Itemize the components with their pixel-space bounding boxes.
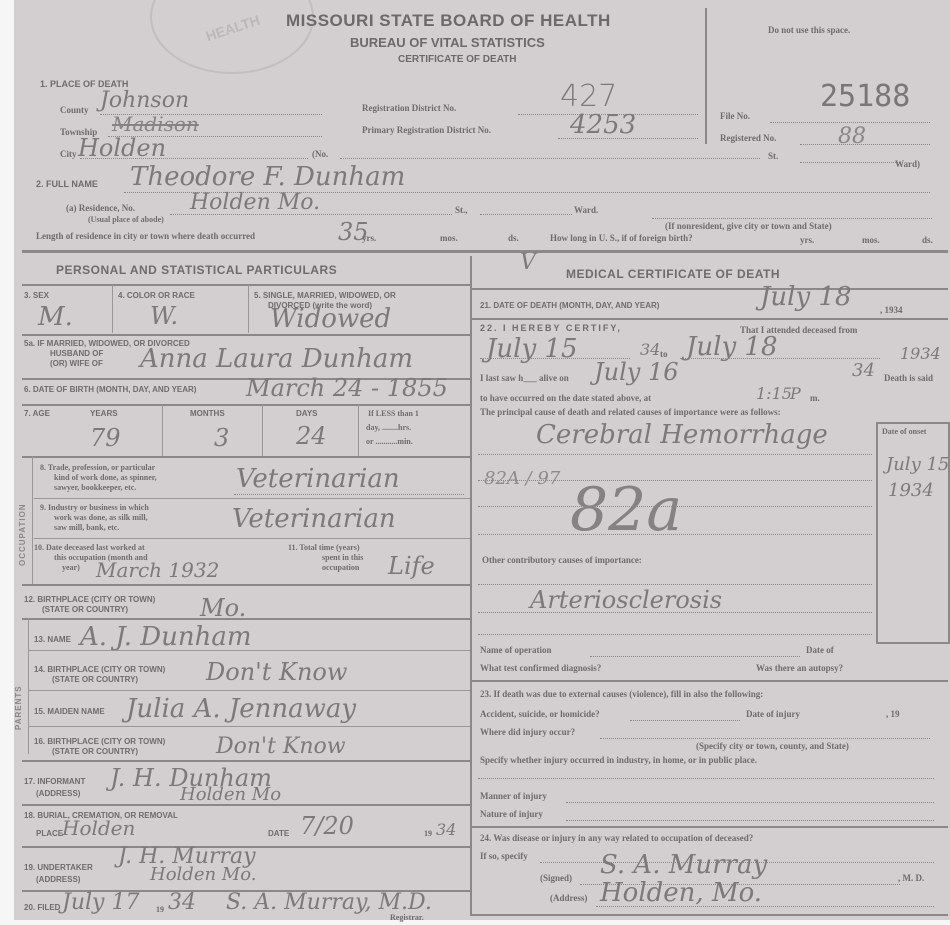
onset-date-value: July 15 bbox=[886, 456, 949, 474]
contributory-line-2 bbox=[478, 612, 872, 613]
operation-line bbox=[590, 656, 800, 657]
ds-label: ds. bbox=[508, 234, 519, 243]
autopsy-label: Was there an autopsy? bbox=[756, 664, 843, 673]
attended-to-line bbox=[680, 358, 880, 359]
registration-district-value: 427 bbox=[560, 82, 617, 112]
occupation-sidebar-label: OCCUPATION bbox=[18, 503, 27, 566]
months-value: 3 bbox=[214, 426, 229, 450]
nonresident-line bbox=[652, 218, 932, 219]
cause-of-death-value: Cerebral Hemorrhage bbox=[536, 422, 828, 448]
registered-no-label: Registered No. bbox=[720, 134, 776, 143]
father-birthplace-label-1: 14. BIRTHPLACE (CITY OR TOWN) bbox=[34, 666, 165, 674]
burial-year-value: 34 bbox=[436, 822, 456, 838]
form-title: MISSOURI STATE BOARD OF HEALTH bbox=[286, 12, 611, 29]
residence-ward-label: Ward. bbox=[574, 206, 598, 215]
total-time-label-1: 11. Total time (years) bbox=[288, 544, 360, 552]
row-divider bbox=[472, 914, 948, 916]
burial-place-label: PLACE bbox=[36, 830, 63, 838]
death-date-value: July 18 bbox=[760, 284, 852, 310]
filed-label: 20. FILED bbox=[24, 904, 60, 912]
father-name-label: 13. NAME bbox=[34, 636, 71, 644]
burial-date-value: 7/20 bbox=[300, 814, 354, 838]
injury-year-prefix: , 19 bbox=[886, 710, 900, 719]
accident-label: Accident, suicide, or homicide? bbox=[480, 710, 600, 719]
registered-number: 88 bbox=[838, 126, 866, 148]
industry-label-1: 9. Industry or business in which bbox=[40, 504, 149, 512]
address-label: (Address) bbox=[550, 894, 587, 903]
cause-line-4 bbox=[478, 534, 872, 535]
manner-label: Manner of injury bbox=[480, 792, 547, 801]
where-injury-line bbox=[600, 738, 930, 739]
registrar-label: Registrar. bbox=[390, 914, 424, 922]
occupation-related-label: 24. Was disease or injury in any way rel… bbox=[480, 834, 753, 843]
st-label: St. bbox=[768, 152, 778, 161]
city-line bbox=[80, 158, 308, 159]
row-divider bbox=[22, 284, 470, 286]
trade-label-3: sawyer, bookkeeper, etc. bbox=[54, 484, 136, 492]
external-causes-label: 23. If death was due to external causes … bbox=[480, 690, 763, 699]
nonresident-note: (If nonresident, give city or town and S… bbox=[665, 222, 832, 231]
min-label: or ...........min. bbox=[366, 438, 413, 446]
days-label: DAYS bbox=[296, 410, 318, 418]
occurred-label: to have occurred on the date stated abov… bbox=[480, 394, 651, 403]
contributory-value: Arteriosclerosis bbox=[530, 588, 722, 612]
informant-address-value: Holden Mo bbox=[180, 786, 281, 804]
length-residence-label: Length of residence in city or town wher… bbox=[36, 232, 255, 241]
yrs-label: yrs. bbox=[362, 234, 376, 243]
months-label: MONTHS bbox=[190, 410, 225, 418]
row-divider bbox=[28, 726, 470, 727]
test-label: What test confirmed diagnosis? bbox=[480, 664, 601, 673]
ward-label: Ward) bbox=[895, 160, 920, 169]
where-injury-label: Where did injury occur? bbox=[480, 728, 575, 737]
row-divider bbox=[472, 318, 948, 320]
row-divider bbox=[22, 456, 470, 458]
total-time-label-3: occupation bbox=[322, 564, 359, 572]
am-pm-value: P bbox=[790, 386, 801, 402]
less-than-day-label: If LESS than 1 bbox=[368, 410, 419, 418]
col-divider bbox=[248, 285, 249, 333]
cause-line-1 bbox=[478, 454, 872, 455]
county-label: County bbox=[60, 106, 89, 115]
filed-year-prefix: 19 bbox=[156, 906, 164, 914]
trade-value: Veterinarian bbox=[236, 466, 400, 492]
row-divider bbox=[22, 334, 470, 336]
birthplace-label-1: 12. BIRTHPLACE (CITY OR TOWN) bbox=[24, 596, 155, 604]
last-worked-label-3: year) bbox=[62, 564, 80, 572]
certify-label: 22. I HEREBY CERTIFY, bbox=[480, 324, 622, 333]
specify-city-note: (Specify city or town, county, and State… bbox=[696, 742, 849, 751]
nature-line bbox=[566, 820, 934, 821]
sidebar-divider bbox=[32, 456, 33, 586]
row-divider bbox=[22, 618, 470, 620]
mother-maiden-value: Julia A. Jennaway bbox=[126, 696, 356, 722]
county-value: Johnson bbox=[100, 90, 189, 112]
row-divider bbox=[28, 650, 470, 651]
dob-value: March 24 - 1855 bbox=[246, 376, 448, 400]
last-saw-label: I last saw h___ alive on bbox=[480, 374, 569, 383]
undertaker-label: 19. UNDERTAKER bbox=[24, 864, 93, 872]
col-divider bbox=[262, 405, 263, 457]
street-line bbox=[340, 158, 760, 159]
m-label: m. bbox=[810, 394, 820, 403]
col-divider bbox=[112, 285, 113, 333]
race-label: 4. COLOR OR RACE bbox=[118, 292, 195, 300]
birthplace-value: Mo. bbox=[200, 596, 246, 620]
time-of-death: 1:15 bbox=[756, 386, 792, 402]
mother-maiden-label: 15. MAIDEN NAME bbox=[34, 708, 105, 716]
spouse-label-2: HUSBAND OF bbox=[50, 350, 103, 358]
residence-st-label: St., bbox=[455, 206, 468, 215]
last-worked-value: March 1932 bbox=[96, 560, 219, 580]
death-said-label: Death is said bbox=[884, 374, 933, 383]
father-birthplace-value: Don't Know bbox=[206, 660, 347, 684]
foreign-ds-label: ds. bbox=[922, 236, 933, 245]
header-divider bbox=[22, 250, 948, 253]
operation-date-label: Date of bbox=[806, 646, 834, 655]
col-divider bbox=[358, 405, 359, 457]
if-so-label: If so, specify bbox=[480, 852, 528, 861]
death-date-label: 21. DATE OF DEATH (MONTH, DAY, AND YEAR) bbox=[480, 302, 659, 310]
form-name: CERTIFICATE OF DEATH bbox=[398, 55, 517, 65]
contributory-line-3 bbox=[478, 634, 872, 635]
col-divider bbox=[162, 405, 163, 457]
residence-value: Holden Mo. bbox=[190, 192, 320, 214]
residence-label: (a) Residence, No. bbox=[66, 204, 135, 213]
race-value: W. bbox=[150, 304, 178, 328]
address-line bbox=[596, 906, 934, 907]
file-no-line bbox=[770, 122, 930, 123]
last-worked-label-1: 10. Date deceased last worked at bbox=[34, 544, 145, 552]
nature-label: Nature of injury bbox=[480, 810, 543, 819]
hrs-label: day, ........hrs. bbox=[366, 424, 411, 432]
days-value: 24 bbox=[296, 424, 327, 448]
registrar-signature: S. A. Murray, M.D. bbox=[226, 892, 432, 914]
onset-year-value: 1934 bbox=[888, 482, 934, 500]
specify-place-line bbox=[478, 778, 934, 779]
parents-sidebar-label: PARENTS bbox=[14, 685, 23, 730]
row-divider bbox=[472, 288, 948, 290]
row-divider bbox=[22, 760, 470, 762]
father-birthplace-label-2: (STATE OR COUNTRY) bbox=[52, 676, 138, 684]
undertaker-address-label: (ADDRESS) bbox=[36, 876, 80, 884]
attended-from-year: 34 bbox=[640, 342, 660, 358]
trade-line bbox=[234, 494, 464, 495]
accident-line bbox=[630, 720, 740, 721]
registration-district-label: Registration District No. bbox=[362, 104, 456, 113]
attended-to-value: July 18 bbox=[686, 334, 778, 360]
trade-label-1: 8. Trade, profession, or particular bbox=[40, 464, 155, 472]
total-time-value: Life bbox=[388, 554, 435, 578]
full-name-value: Theodore F. Dunham bbox=[130, 164, 405, 190]
physician-signature: S. A. Murray bbox=[600, 852, 767, 878]
total-time-label-2: spent in this bbox=[322, 554, 363, 562]
row-divider bbox=[34, 498, 470, 499]
sex-value: M. bbox=[38, 304, 73, 330]
death-year-value: , 1934 bbox=[880, 306, 903, 315]
mother-birthplace-label-2: (STATE OR COUNTRY) bbox=[52, 748, 138, 756]
burial-place-value: Holden bbox=[62, 818, 135, 838]
filed-year-value: 34 bbox=[168, 892, 196, 914]
manner-line bbox=[566, 802, 934, 803]
trade-label-2: kind of work done, as spinner, bbox=[54, 474, 157, 482]
spouse-value: Anna Laura Dunham bbox=[140, 346, 413, 372]
informant-address-label: (ADDRESS) bbox=[36, 790, 80, 798]
undertaker-address-value: Holden Mo. bbox=[150, 866, 256, 884]
full-name-label: 2. FULL NAME bbox=[36, 180, 98, 189]
last-saw-value: July 16 bbox=[594, 360, 678, 384]
burial-date-label: DATE bbox=[268, 830, 289, 838]
row-divider bbox=[22, 584, 470, 586]
contributory-label: Other contributory causes of importance: bbox=[482, 556, 642, 565]
mother-birthplace-label-1: 16. BIRTHPLACE (CITY OR TOWN) bbox=[34, 738, 165, 746]
city-label: City bbox=[60, 150, 77, 159]
township-value: Madison bbox=[112, 114, 199, 134]
onset-header: Date of onset bbox=[882, 428, 926, 436]
row-divider bbox=[472, 826, 948, 828]
foreign-mos-label: mos. bbox=[862, 236, 880, 245]
margin-code: 82A / 97 bbox=[484, 470, 560, 488]
informant-label: 17. INFORMANT bbox=[24, 778, 85, 786]
no-label: (No. bbox=[312, 150, 328, 159]
row-divider bbox=[472, 680, 948, 682]
operation-label: Name of operation bbox=[480, 646, 552, 655]
residence-sublabel: (Usual place of abode) bbox=[88, 216, 164, 224]
city-value: Holden bbox=[78, 136, 166, 160]
years-label: YEARS bbox=[90, 410, 118, 418]
row-divider bbox=[22, 804, 470, 806]
last-saw-year: 34 bbox=[852, 362, 875, 380]
signed-label: (Signed) bbox=[540, 874, 572, 883]
injury-date-label: Date of injury bbox=[746, 710, 800, 719]
center-divider bbox=[470, 256, 472, 916]
check-mark: V bbox=[520, 252, 536, 274]
residence-ward-line bbox=[480, 214, 572, 215]
personal-section-title: PERSONAL AND STATISTICAL PARTICULARS bbox=[56, 264, 337, 276]
row-divider bbox=[22, 404, 470, 406]
age-label: 7. AGE bbox=[24, 410, 50, 418]
specify-place-label: Specify whether injury occurred in indus… bbox=[480, 756, 757, 765]
industry-value: Veterinarian bbox=[232, 506, 396, 532]
form-subtitle: BUREAU OF VITAL STATISTICS bbox=[350, 36, 545, 49]
sidebar-divider bbox=[28, 618, 29, 754]
medical-section-title: MEDICAL CERTIFICATE OF DEATH bbox=[566, 268, 780, 280]
mos-label: mos. bbox=[440, 234, 458, 243]
burial-year-prefix: 19 bbox=[424, 830, 432, 838]
industry-label-3: saw mill, bank, etc. bbox=[54, 524, 119, 532]
file-no-label: File No. bbox=[720, 112, 750, 121]
contributory-line-1 bbox=[478, 584, 872, 585]
principal-cause-label: The principal cause of death and related… bbox=[480, 408, 781, 417]
birthplace-label-2: (STATE OR COUNTRY) bbox=[42, 606, 128, 614]
marital-label: 5. SINGLE, MARRIED, WIDOWED, OR bbox=[254, 292, 396, 300]
row-divider bbox=[34, 538, 470, 539]
primary-registration-district-label: Primary Registration District No. bbox=[362, 126, 491, 135]
father-name-value: A. J. Dunham bbox=[80, 624, 251, 650]
md-label: , M. D. bbox=[898, 874, 924, 883]
row-divider bbox=[28, 690, 470, 691]
foreign-yrs-label: yrs. bbox=[800, 236, 814, 245]
dob-label: 6. DATE OF BIRTH (MONTH, DAY, AND YEAR) bbox=[24, 386, 196, 394]
marital-value: Widowed bbox=[270, 306, 391, 332]
cause-line-3 bbox=[478, 506, 872, 507]
mother-birthplace-value: Don't Know bbox=[216, 736, 346, 758]
spouse-label-3: (OR) WIFE OF bbox=[50, 360, 103, 368]
foreign-birth-label: How long in U. S., if of foreign birth? bbox=[550, 234, 693, 243]
office-note: Do not use this space. bbox=[768, 26, 850, 35]
cause-code-mark: 82a bbox=[570, 480, 682, 540]
file-number: 25188 bbox=[820, 82, 910, 112]
ward-line bbox=[800, 162, 900, 163]
years-value: 79 bbox=[90, 426, 121, 450]
sex-label: 3. SEX bbox=[24, 292, 49, 300]
office-box-divider bbox=[705, 8, 707, 144]
attended-to-year: 1934 bbox=[900, 346, 941, 362]
filed-date-value: July 17 bbox=[62, 892, 139, 914]
physician-address: Holden, Mo. bbox=[600, 880, 762, 906]
industry-label-2: work was done, as silk mill, bbox=[54, 514, 148, 522]
primary-registration-district-value: 4253 bbox=[570, 112, 636, 138]
